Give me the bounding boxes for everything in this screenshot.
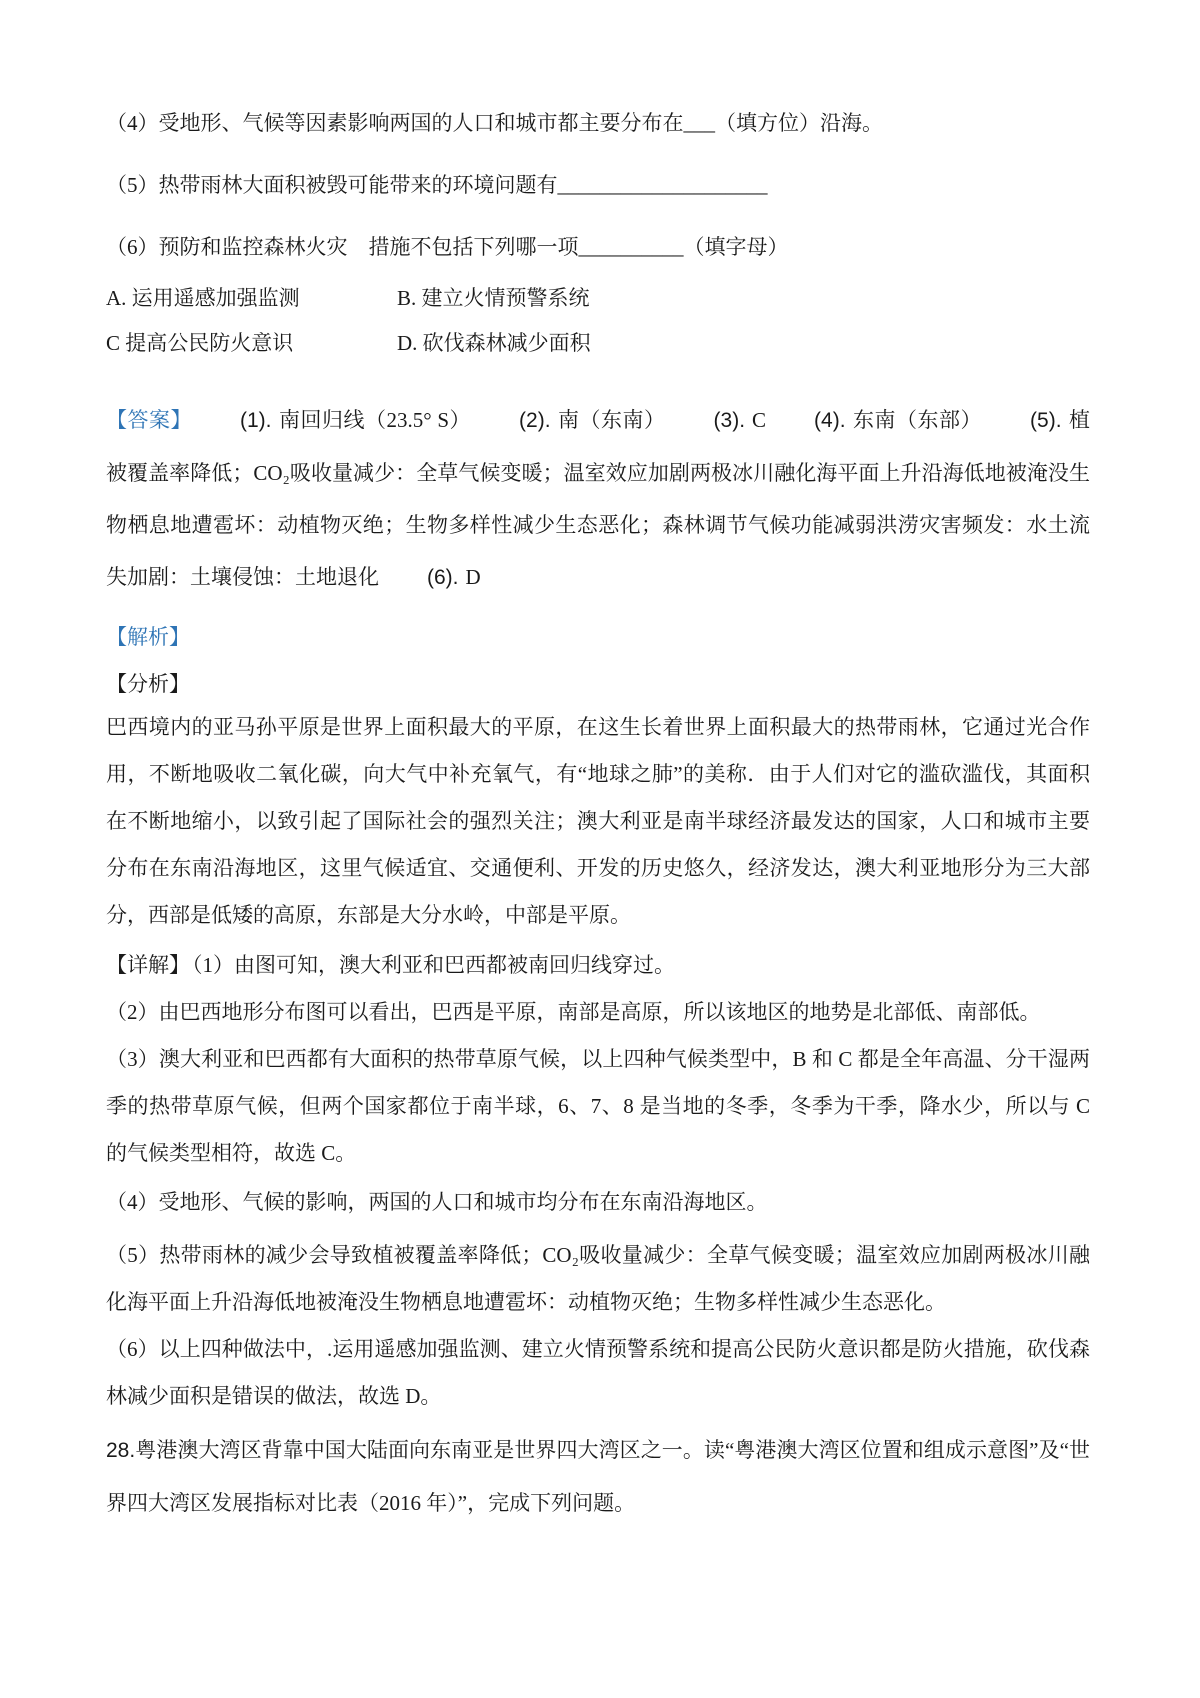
answer-item-text: C bbox=[752, 408, 766, 432]
exam-document-page: （4）受地形、气候等因素影响两国的人口和城市都主要分布在___（填方位）沿海。 … bbox=[0, 0, 1200, 1698]
answer-item-6: (6).D bbox=[427, 565, 481, 589]
answer-item-text: 南回归线（23.5° S） bbox=[279, 408, 472, 432]
detail-paragraph-1: 【详解】（1）由图可知，澳大利亚和巴西都被南回归线穿过。 bbox=[106, 942, 1090, 989]
options-row-ab: A. 运用遥感加强监测 B. 建立火情预警系统 bbox=[106, 283, 1090, 313]
question-28-number: 28. bbox=[106, 1439, 135, 1462]
answer-item-number: (6). bbox=[427, 566, 459, 589]
detail-paragraph-2: （2）由巴西地形分布图可以看出，巴西是平原，南部是高原，所以该地区的地势是北部低… bbox=[106, 989, 1090, 1036]
question-28-paragraph: 28.粤港澳大湾区背靠中国大陆面向东南亚是世界四大湾区之一。读“粤港澳大湾区位置… bbox=[106, 1424, 1090, 1529]
answer-item-number: (3). bbox=[714, 409, 746, 432]
options-row-cd: C 提高公民防火意识 D. 砍伐森林减少面积 bbox=[106, 328, 1090, 358]
answer-item-text: D bbox=[466, 565, 481, 589]
detail-paragraph-6: （6）以上四种做法中，.运用遥感加强监测、建立火情预警系统和提高公民防火意识都是… bbox=[106, 1326, 1090, 1420]
answer-item-text: 南（东南） bbox=[558, 408, 666, 432]
question-5-line: （5）热带雨林大面积被毁可能带来的环境问题有__________________… bbox=[106, 170, 1090, 200]
question-4-line: （4）受地形、气候等因素影响两国的人口和城市都主要分布在___（填方位）沿海。 bbox=[106, 108, 1090, 138]
jiexi-label: 【解析】 bbox=[106, 625, 190, 649]
fenxi-paragraph: 巴西境内的亚马孙平原是世界上面积最大的平原，在这生长着世界上面积最大的热带雨林，… bbox=[106, 704, 1090, 939]
answer-item-number: (2). bbox=[519, 409, 551, 432]
detail-paragraph-5: （5）热带雨林的减少会导致植被覆盖率降低；CO₂吸收量减少：全草气候变暖；温室效… bbox=[106, 1232, 1090, 1326]
answer-item-2: (2).南（东南） bbox=[519, 408, 665, 432]
question-28-text: 粤港澳大湾区背靠中国大陆面向东南亚是世界四大湾区之一。读“粤港澳大湾区位置和组成… bbox=[106, 1438, 1090, 1515]
question-6-line: （6）预防和监控森林火灾 措施不包括下列哪一项__________（填字母） bbox=[106, 232, 1090, 262]
detail-text-1: （1）由图可知，澳大利亚和巴西都被南回归线穿过。 bbox=[192, 953, 675, 977]
answer-item-1: (1).南回归线（23.5° S） bbox=[240, 408, 471, 432]
jiexi-section-label-line: 【解析】 bbox=[106, 622, 1090, 652]
answer-item-number: (1). bbox=[240, 409, 272, 432]
answer-item-number: (4). bbox=[814, 409, 846, 432]
option-b: B. 建立火情预警系统 bbox=[397, 283, 590, 313]
answer-item-text: 东南（东部） bbox=[853, 408, 982, 432]
fenxi-label: 【分析】 bbox=[106, 672, 190, 696]
answer-item-4: (4).东南（东部） bbox=[814, 408, 982, 432]
option-c: C 提高公民防火意识 bbox=[106, 328, 397, 358]
answer-block: 【答案】(1).南回归线（23.5° S）(2).南（东南）(3).C(4).东… bbox=[106, 394, 1090, 604]
detail-paragraph-4: （4）受地形、气候的影响，两国的人口和城市均分布在东南沿海地区。 bbox=[106, 1179, 1090, 1226]
option-d: D. 砍伐森林减少面积 bbox=[397, 328, 591, 358]
answer-item-5: (5).植被覆盖率降低；CO₂吸收量减少：全草气候变暖；温室效应加剧两极冰川融化… bbox=[106, 408, 1090, 589]
fenxi-section-label-line: 【分析】 bbox=[106, 669, 1090, 699]
detail-paragraph-3: （3）澳大利亚和巴西都有大面积的热带草原气候，以上四种气候类型中，B 和 C 都… bbox=[106, 1036, 1090, 1177]
option-a: A. 运用遥感加强监测 bbox=[106, 283, 397, 313]
answer-label: 【答案】 bbox=[106, 408, 192, 432]
xiangjie-label: 【详解】 bbox=[106, 953, 190, 977]
answer-item-number: (5). bbox=[1030, 409, 1062, 432]
answer-item-text: 植被覆盖率降低；CO₂吸收量减少：全草气候变暖；温室效应加剧两极冰川融化海平面上… bbox=[106, 408, 1090, 589]
answer-item-3: (3).C bbox=[714, 408, 767, 432]
